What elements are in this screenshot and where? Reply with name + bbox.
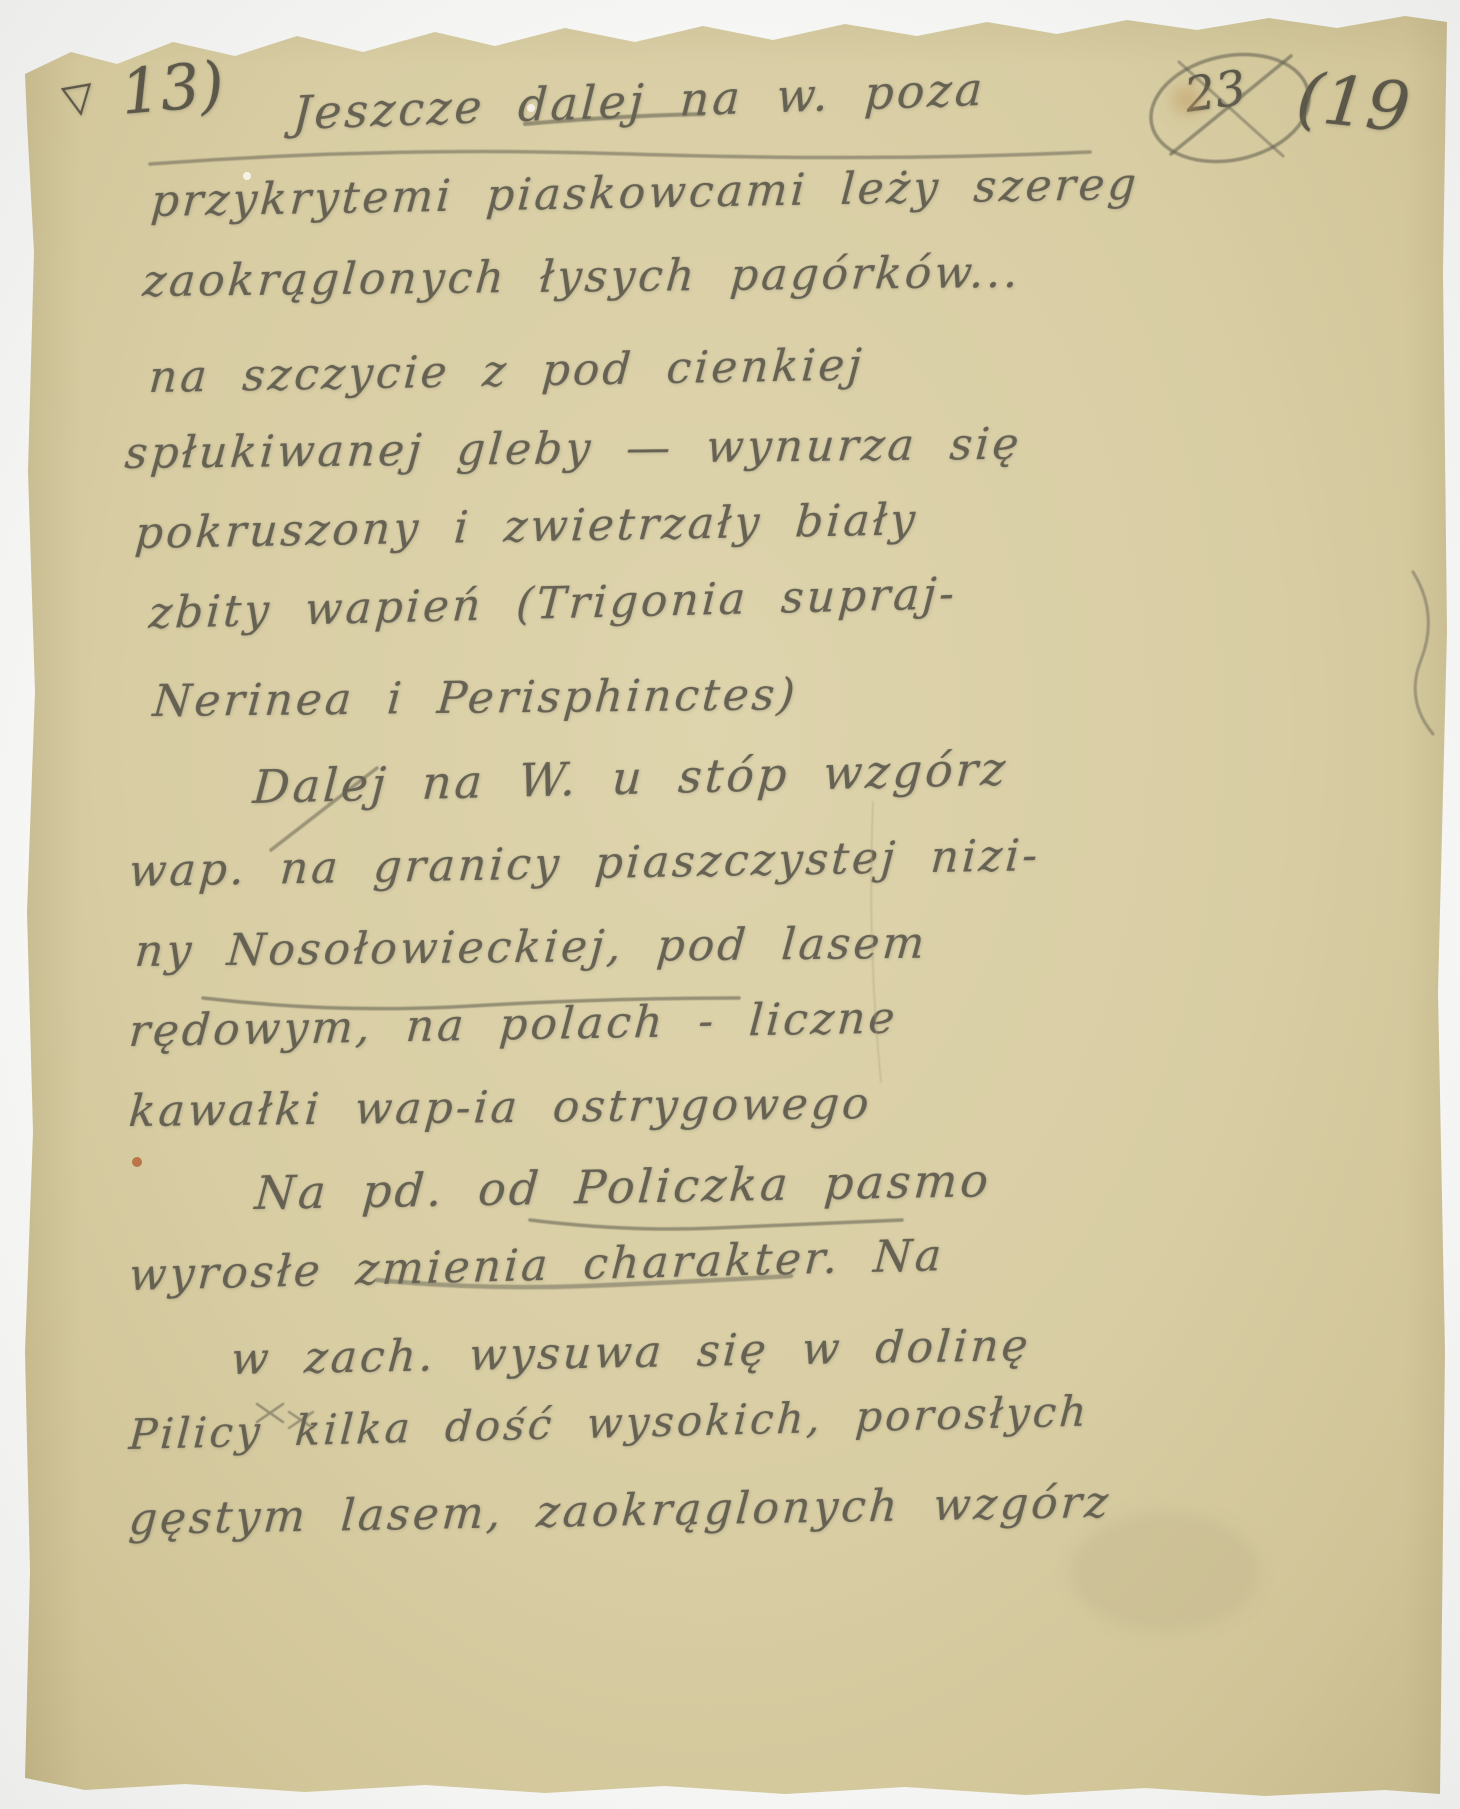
handwritten-line-9: Dalej na W. u stóp wzgórz <box>251 741 1010 814</box>
handwritten-line-8: Nerinea i Perisphinctes) <box>151 669 800 727</box>
handwritten-line-14: Na pd. od Policzka pasmo <box>253 1153 993 1220</box>
manuscript-page: ▽ 13) 23 (19 Jeszcze dalej na w. poza pr… <box>25 12 1447 1797</box>
handwritten-line-1: Jeszcze dalej na w. poza <box>292 62 987 140</box>
new-page-number-annotation: (19 <box>1293 58 1414 148</box>
handwritten-line-7: zbity wapień (Trigonia supraj- <box>147 568 958 639</box>
handwritten-line-5: spłukiwanej gleby — wynurza się <box>123 419 1023 479</box>
handwritten-line-10: wap. na granicy piaszczystej nizi- <box>127 830 1042 897</box>
crossed-out-page-number: 23 <box>1181 60 1249 124</box>
handwritten-line-18: gęstym lasem, zaokrąglonych wzgórz <box>127 1477 1113 1545</box>
handwritten-line-16: w zach. wysuwa się w dolinę <box>229 1320 1032 1385</box>
handwritten-line-15: wyrosłe zmienia charakter. Na <box>127 1230 945 1301</box>
underline-policzka <box>530 1220 902 1229</box>
scanned-photo-backdrop: { "colors": { "paper": "#d8cda3", "penci… <box>0 0 1460 1809</box>
handwritten-line-13: kawałki wap-ia ostrygowego <box>127 1078 874 1137</box>
stain-bottom-right <box>1070 1512 1260 1632</box>
sheet-number: 13) <box>118 47 227 129</box>
handwritten-line-11: ny Nosołowieckiej, pod lasem <box>133 918 929 977</box>
handwritten-line-4: na szczycie z pod cienkiej <box>147 339 866 403</box>
paper-stains <box>1070 85 1260 1632</box>
handwritten-line-6: pokruszony i zwietrzały biały <box>133 494 919 559</box>
red-speck <box>132 1157 142 1167</box>
handwritten-line-12: rędowym, na polach - liczne <box>127 993 899 1057</box>
margin-squiggle <box>1413 572 1433 734</box>
check-mark: ▽ <box>59 73 97 124</box>
handwritten-line-3: zaokrąglonych łysych pagórków... <box>141 247 1023 307</box>
handwritten-line-17: Pilicy kilka dość wysokich, porosłych <box>127 1386 1090 1459</box>
handwritten-line-2: przykrytemi piaskowcami leży szereg <box>149 159 1140 227</box>
